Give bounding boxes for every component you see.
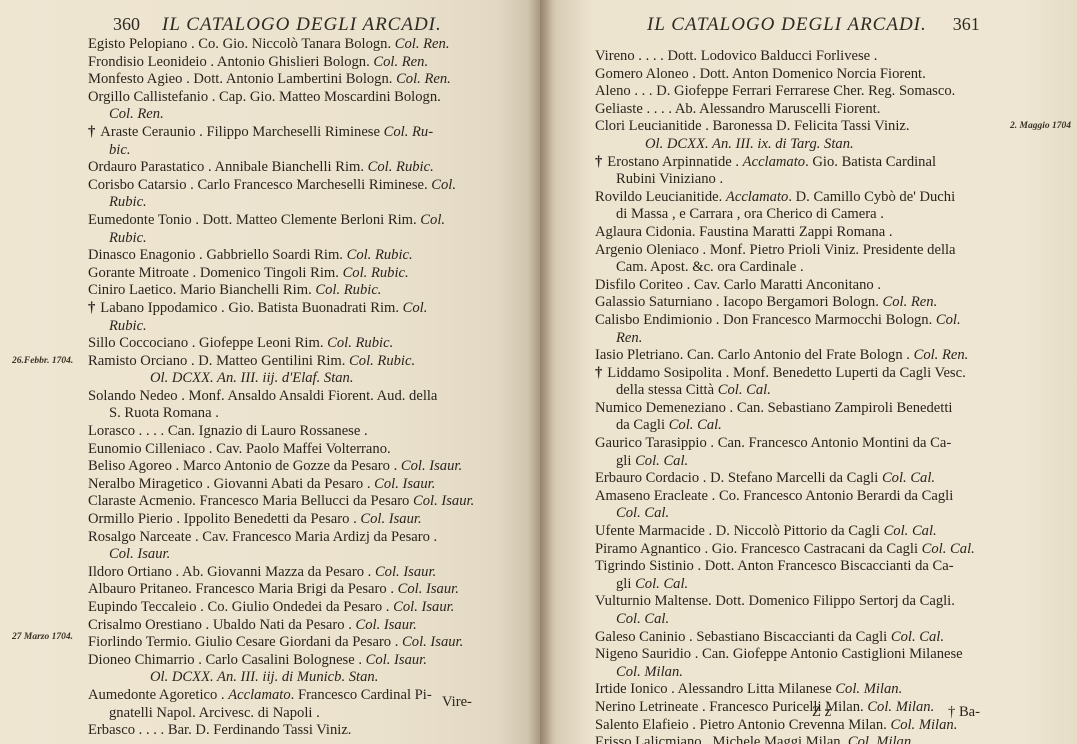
olympiad-heading: Ol. DCXX. An. III. ix. di Targ. Stan.	[595, 136, 1005, 154]
entry-text: della stessa Città	[616, 382, 718, 398]
dagger-icon: †	[595, 154, 602, 170]
entry-text: Ufente Marmacide . D. Niccolò Pittorio d…	[595, 523, 884, 539]
right-entries: Vireno . . . . Dott. Lodovico Balducci F…	[595, 48, 1005, 744]
catalog-entry: Eunomio Cilleniaco . Cav. Paolo Maffei V…	[88, 441, 508, 459]
colony-label: Col. Rubic.	[349, 353, 415, 369]
colony-label: Col. Isaur.	[402, 634, 463, 650]
colony-label: Col.	[936, 312, 961, 328]
left-running-head: 360IL CATALOGO DEGLI ARCADI.	[113, 14, 442, 36]
entry-continuation: da Cagli Col. Cal.	[595, 417, 1005, 435]
catalog-entry: Erbauro Cordacio . D. Stefano Marcelli d…	[595, 470, 1005, 488]
colony-label: Col. Milan.	[616, 664, 683, 680]
colony-label: Col. Cal.	[718, 382, 771, 398]
entry-text: Ramisto Orciano . D. Matteo Gentilini Ri…	[88, 353, 349, 369]
entry-text: Vireno . . . . Dott. Lodovico Balducci F…	[595, 48, 877, 64]
colony-label: Col. Cal.	[922, 541, 975, 557]
colony-label: Col.	[431, 177, 456, 193]
entry-text: Geliaste . . . . Ab. Alessandro Maruscel…	[595, 101, 880, 117]
right-running-title: IL CATALOGO DEGLI ARCADI.	[647, 14, 927, 35]
colony-label: Col. Milan.	[867, 699, 934, 715]
colony-label: Col.	[403, 300, 428, 316]
colony-label: Rubic.	[109, 318, 147, 334]
entry-text: Erbasco . . . . Bar. D. Ferdinando Tassi…	[88, 722, 351, 738]
entry-text: Frondisio Leonideio . Antonio Ghislieri …	[88, 54, 373, 70]
colony-label: Col. Rubic.	[315, 282, 381, 298]
catalog-entry: Albauro Pritaneo. Francesco Maria Brigi …	[88, 581, 508, 599]
entry-text: gli	[616, 576, 635, 592]
catalog-entry: Orgillo Callistefanio . Cap. Gio. Matteo…	[88, 89, 508, 107]
catalog-entry: Gorante Mitroate . Domenico Tingoli Rim.…	[88, 265, 508, 283]
catalog-entry: Numico Demeneziano . Can. Sebastiano Zam…	[595, 400, 1005, 418]
entry-text: Corisbo Catarsio . Carlo Francesco March…	[88, 177, 431, 193]
entry-continuation: Col. Isaur.	[88, 546, 508, 564]
catalog-entry: Sillo Coccociano . Giofeppe Leoni Rim. C…	[88, 335, 508, 353]
catalog-entry: Ufente Marmacide . D. Niccolò Pittorio d…	[595, 523, 1005, 541]
colony-label: Rubic.	[109, 230, 147, 246]
catalog-entry: Tigrindo Sistinio . Dott. Anton Francesc…	[595, 558, 1005, 576]
entry-text: Erbauro Cordacio . D. Stefano Marcelli d…	[595, 470, 882, 486]
catalog-entry: Galassio Saturniano . Iacopo Bergamori B…	[595, 294, 1005, 312]
entry-text: Rovildo Leucianitide.	[595, 189, 726, 205]
left-page-number: 360	[113, 14, 140, 34]
catalog-entry: Iasio Pletriano. Can. Carlo Antonio del …	[595, 347, 1005, 365]
entry-continuation: Ren.	[595, 330, 1005, 348]
catalog-entry: Claraste Acmenio. Francesco Maria Belluc…	[88, 493, 508, 511]
colony-label: Col. Ren.	[883, 294, 938, 310]
entry-continuation: Cam. Apost. &c. ora Cardinale .	[595, 259, 1005, 277]
entry-text: Amaseno Eracleate . Co. Francesco Antoni…	[595, 488, 953, 504]
right-page: IL CATALOGO DEGLI ARCADI.361 Vireno . . …	[540, 0, 1077, 744]
colony-label: Col. Milan.	[835, 681, 902, 697]
acclamato-label: Acclamato	[743, 154, 805, 170]
colony-label: Col. Cal.	[616, 611, 669, 627]
catalog-entry: Ciniro Laetico. Mario Bianchelli Rim. Co…	[88, 282, 508, 300]
entry-text: Numico Demeneziano . Can. Sebastiano Zam…	[595, 400, 952, 416]
entry-text: Sillo Coccociano . Giofeppe Leoni Rim.	[88, 335, 327, 351]
colony-label: Col. Ru-	[384, 124, 433, 140]
catalog-entry: Calisbo Endimionio . Don Francesco Marmo…	[595, 312, 1005, 330]
dagger-icon: †	[88, 300, 95, 316]
colony-label: Col. Isaur.	[398, 581, 459, 597]
entry-text: Liddamo Sosipolita . Monf. Benedetto Lup…	[607, 365, 965, 381]
entry-text: Rubini Viniziano .	[616, 171, 723, 187]
colony-label: Col. Rubic.	[327, 335, 393, 351]
entry-text: di Massa , e Carrara , ora Cherico di Ca…	[616, 206, 884, 222]
dagger-icon: †	[88, 124, 95, 140]
entry-continuation: bic.	[88, 142, 508, 160]
entry-text: Eunomio Cilleniaco . Cav. Paolo Maffei V…	[88, 441, 391, 457]
entry-text: Dinasco Enagonio . Gabbriello Soardi Rim…	[88, 247, 347, 263]
left-page: 360IL CATALOGO DEGLI ARCADI. Egisto Pelo…	[0, 0, 540, 744]
right-catchword: † Ba-	[948, 704, 980, 721]
catalog-entry: Piramo Agnantico . Gio. Francesco Castra…	[595, 541, 1005, 559]
entry-text: Clori Leucianitide . Baronessa D. Felici…	[595, 118, 910, 134]
colony-label: Col. Cal.	[635, 453, 688, 469]
entry-continuation: Col. Ren.	[88, 106, 508, 124]
entry-text: Eumedonte Tonio . Dott. Matteo Clemente …	[88, 212, 420, 228]
entry-text: Ordauro Parastatico . Annibale Bianchell…	[88, 159, 368, 175]
colony-label: Col. Cal.	[891, 629, 944, 645]
entry-text: Aumedonte Agoretico .	[88, 687, 228, 703]
entry-text: Galassio Saturniano . Iacopo Bergamori B…	[595, 294, 883, 310]
olympiad-text: Ol. DCXX. An. III. ix. di Targ. Stan.	[645, 136, 854, 152]
entry-text: Irtide Ionico . Alessandro Litta Milanes…	[595, 681, 835, 697]
colony-label: Col. Isaur.	[375, 564, 436, 580]
colony-label: Col. Isaur.	[360, 511, 421, 527]
colony-label: Col. Cal.	[635, 576, 688, 592]
catalog-entry: Nigeno Sauridio . Can. Giofeppe Antonio …	[595, 646, 1005, 664]
colony-label: Col. Isaur.	[374, 476, 435, 492]
entry-text: Galeso Caninio . Sebastiano Biscaccianti…	[595, 629, 891, 645]
colony-label: Col. Cal.	[882, 470, 935, 486]
entry-text-rest: . Gio. Batista Cardinal	[805, 154, 936, 170]
olympiad-text: Ol. DCXX. An. III. iij. d'Elaf. Stan.	[150, 370, 354, 386]
entry-text: Fiorlindo Termio. Giulio Cesare Giordani…	[88, 634, 402, 650]
colony-label: Col. Rubic.	[368, 159, 434, 175]
catalog-entry: Geliaste . . . . Ab. Alessandro Maruscel…	[595, 101, 1005, 119]
entry-continuation: Rubic.	[88, 318, 508, 336]
entry-text: Lorasco . . . . Can. Ignazio di Lauro Ro…	[88, 423, 368, 439]
entry-text: Gorante Mitroate . Domenico Tingoli Rim.	[88, 265, 343, 281]
catalog-entry: Dioneo Chimarrio . Carlo Casalini Bologn…	[88, 652, 508, 670]
colony-label: Col. Isaur.	[401, 458, 462, 474]
catalog-entry: Irtide Ionico . Alessandro Litta Milanes…	[595, 681, 1005, 699]
catalog-entry: Vulturnio Maltense. Dott. Domenico Filip…	[595, 593, 1005, 611]
entry-continuation: Rubic.	[88, 194, 508, 212]
entry-text: Erisso Lalicmiano . Michele Maggi Milan.	[595, 734, 848, 744]
olympiad-text: Ol. DCXX. An. III. iij. di Municb. Stan.	[150, 669, 378, 685]
catalog-entry: Amaseno Eracleate . Co. Francesco Antoni…	[595, 488, 1005, 506]
colony-label: Col. Cal.	[616, 505, 669, 521]
right-running-head: IL CATALOGO DEGLI ARCADI.361	[647, 14, 980, 36]
entry-text: Araste Ceraunio . Filippo Marcheselli Ri…	[100, 124, 383, 140]
entry-continuation: S. Ruota Romana .	[88, 405, 508, 423]
entry-continuation: Rubic.	[88, 230, 508, 248]
entry-continuation: gli Col. Cal.	[595, 576, 1005, 594]
catalog-entry: †Araste Ceraunio . Filippo Marcheselli R…	[88, 124, 508, 142]
catalog-entry: Eupindo Teccaleio . Co. Giulio Ondedei d…	[88, 599, 508, 617]
catalog-entry: Aglaura Cidonia. Faustina Maratti Zappi …	[595, 224, 1005, 242]
entry-text: da Cagli	[616, 417, 669, 433]
entry-text: Tigrindo Sistinio . Dott. Anton Francesc…	[595, 558, 954, 574]
catalog-entry: Ramisto Orciano . D. Matteo Gentilini Ri…	[88, 353, 508, 371]
catalog-entry: Gaurico Tarasippio . Can. Francesco Anto…	[595, 435, 1005, 453]
acclamato-label: Acclamato	[726, 189, 788, 205]
left-entries: Egisto Pelopiano . Co. Gio. Niccolò Tana…	[88, 36, 508, 740]
entry-text: Ciniro Laetico. Mario Bianchelli Rim.	[88, 282, 315, 298]
entry-text: Albauro Pritaneo. Francesco Maria Brigi …	[88, 581, 398, 597]
catalog-entry: Frondisio Leonideio . Antonio Ghislieri …	[88, 54, 508, 72]
entry-text: Iasio Pletriano. Can. Carlo Antonio del …	[595, 347, 914, 363]
colony-label: Ren.	[616, 330, 642, 346]
catalog-entry: Aleno . . . D. Giofeppe Ferrari Ferrares…	[595, 83, 1005, 101]
entry-text: Labano Ippodamico . Gio. Batista Buonadr…	[100, 300, 402, 316]
margin-date-note: 26.Febbr. 1704.	[12, 356, 73, 366]
entry-text: Dioneo Chimarrio . Carlo Casalini Bologn…	[88, 652, 366, 668]
acclamato-label: Acclamato	[228, 687, 290, 703]
entry-text: Vulturnio Maltense. Dott. Domenico Filip…	[595, 593, 955, 609]
entry-continuation: Col. Milan.	[595, 664, 1005, 682]
catalog-entry: Egisto Pelopiano . Co. Gio. Niccolò Tana…	[88, 36, 508, 54]
entry-text: Neralbo Miragetico . Giovanni Abati da P…	[88, 476, 374, 492]
colony-label: Col. Ren.	[914, 347, 969, 363]
catalog-entry: Clori Leucianitide . Baronessa D. Felici…	[595, 118, 1005, 136]
catalog-entry: Ordauro Parastatico . Annibale Bianchell…	[88, 159, 508, 177]
catalog-entry: †Erostano Arpinnatide . Acclamato. Gio. …	[595, 154, 1005, 172]
catalog-entry: Fiorlindo Termio. Giulio Cesare Giordani…	[88, 634, 508, 652]
entry-text: Claraste Acmenio. Francesco Maria Belluc…	[88, 493, 413, 509]
catalog-entry: Nerino Letrineate . Francesco Puricelli …	[595, 699, 1005, 717]
catalog-entry: Erbasco . . . . Bar. D. Ferdinando Tassi…	[88, 722, 508, 740]
entry-text: gnatelli Napol. Arcivesc. di Napoli .	[109, 705, 320, 721]
colony-label: Col. Isaur.	[393, 599, 454, 615]
catalog-entry: Monfesto Agieo . Dott. Antonio Lambertin…	[88, 71, 508, 89]
catalog-entry: Beliso Agoreo . Marco Antonio de Gozze d…	[88, 458, 508, 476]
entry-text: Beliso Agoreo . Marco Antonio de Gozze d…	[88, 458, 401, 474]
entry-continuation: Col. Cal.	[595, 611, 1005, 629]
colony-label: Col.	[420, 212, 445, 228]
entry-text-rest: . D. Camillo Cybò de' Duchi	[788, 189, 955, 205]
catalog-entry: Lorasco . . . . Can. Ignazio di Lauro Ro…	[88, 423, 508, 441]
right-page-number: 361	[953, 14, 980, 34]
olympiad-heading: Ol. DCXX. An. III. iij. d'Elaf. Stan.	[88, 370, 508, 388]
catalog-entry: †Liddamo Sosipolita . Monf. Benedetto Lu…	[595, 365, 1005, 383]
catalog-entry: Rovildo Leucianitide. Acclamato. D. Cami…	[595, 189, 1005, 207]
catalog-entry: Vireno . . . . Dott. Lodovico Balducci F…	[595, 48, 1005, 66]
olympiad-heading: Ol. DCXX. An. III. iij. di Municb. Stan.	[88, 669, 508, 687]
colony-label: Col. Milan.	[848, 734, 915, 744]
entry-text: Nigeno Sauridio . Can. Giofeppe Antonio …	[595, 646, 963, 662]
margin-date-note: 27 Marzo 1704.	[12, 632, 73, 642]
catalog-entry: Salento Elafieio . Pietro Antonio Creven…	[595, 717, 1005, 735]
catalog-entry: Ormillo Pierio . Ippolito Benedetti da P…	[88, 511, 508, 529]
colony-label: Col. Cal.	[669, 417, 722, 433]
catalog-entry: Erisso Lalicmiano . Michele Maggi Milan.…	[595, 734, 1005, 744]
colony-label: Col. Rubic.	[347, 247, 413, 263]
colony-label: Col. Ren.	[109, 106, 164, 122]
entry-text: Monfesto Agieo . Dott. Antonio Lambertin…	[88, 71, 396, 87]
entry-continuation: della stessa Città Col. Cal.	[595, 382, 1005, 400]
colony-label: bic.	[109, 142, 130, 158]
dagger-icon: †	[595, 365, 602, 381]
colony-label: Col. Isaur.	[366, 652, 427, 668]
catalog-entry: Eumedonte Tonio . Dott. Matteo Clemente …	[88, 212, 508, 230]
entry-text: Salento Elafieio . Pietro Antonio Creven…	[595, 717, 890, 733]
entry-text: Ormillo Pierio . Ippolito Benedetti da P…	[88, 511, 360, 527]
colony-label: Col. Cal.	[884, 523, 937, 539]
colony-label: Col. Isaur.	[356, 617, 417, 633]
entry-text: Crisalmo Orestiano . Ubaldo Nati da Pesa…	[88, 617, 356, 633]
colony-label: Col. Rubic.	[343, 265, 409, 281]
entry-text: Aglaura Cidonia. Faustina Maratti Zappi …	[595, 224, 892, 240]
margin-date-note: 2. Maggio 1704	[1010, 121, 1071, 131]
entry-continuation: gli Col. Cal.	[595, 453, 1005, 471]
left-catchword: Vire-	[442, 694, 472, 711]
entry-text: Calisbo Endimionio . Don Francesco Marmo…	[595, 312, 936, 328]
book-spread: 360IL CATALOGO DEGLI ARCADI. Egisto Pelo…	[0, 0, 1077, 744]
entry-text: Disfilo Coriteo . Cav. Carlo Maratti Anc…	[595, 277, 881, 293]
entry-text: Rosalgo Narceate . Cav. Francesco Maria …	[88, 529, 437, 545]
entry-text: Argenio Oleniaco . Monf. Pietro Prioli V…	[595, 242, 956, 258]
catalog-entry: Galeso Caninio . Sebastiano Biscaccianti…	[595, 629, 1005, 647]
catalog-entry: Neralbo Miragetico . Giovanni Abati da P…	[88, 476, 508, 494]
catalog-entry: †Labano Ippodamico . Gio. Batista Buonad…	[88, 300, 508, 318]
catalog-entry: Gomero Aloneo . Dott. Anton Domenico Nor…	[595, 66, 1005, 84]
entry-continuation: di Massa , e Carrara , ora Cherico di Ca…	[595, 206, 1005, 224]
colony-label: Col. Ren.	[373, 54, 428, 70]
left-running-title: IL CATALOGO DEGLI ARCADI.	[162, 14, 442, 35]
entry-text: Gaurico Tarasippio . Can. Francesco Anto…	[595, 435, 951, 451]
catalog-entry: Ildoro Ortiano . Ab. Giovanni Mazza da P…	[88, 564, 508, 582]
catalog-entry: Corisbo Catarsio . Carlo Francesco March…	[88, 177, 508, 195]
entry-text: Erostano Arpinnatide .	[607, 154, 742, 170]
entry-continuation: Rubini Viniziano .	[595, 171, 1005, 189]
catalog-entry: Disfilo Coriteo . Cav. Carlo Maratti Anc…	[595, 277, 1005, 295]
entry-text-rest: . Francesco Cardinal Pi-	[291, 687, 432, 703]
gutter-shadow	[528, 0, 552, 744]
catalog-entry: Dinasco Enagonio . Gabbriello Soardi Rim…	[88, 247, 508, 265]
entry-text: Egisto Pelopiano . Co. Gio. Niccolò Tana…	[88, 36, 395, 52]
colony-label: Col. Ren.	[396, 71, 451, 87]
colony-label: Col. Ren.	[395, 36, 450, 52]
entry-text: Eupindo Teccaleio . Co. Giulio Ondedei d…	[88, 599, 393, 615]
entry-text: S. Ruota Romana .	[109, 405, 219, 421]
entry-text: Orgillo Callistefanio . Cap. Gio. Matteo…	[88, 89, 441, 105]
entry-text: Solando Nedeo . Monf. Ansaldo Ansaldi Fi…	[88, 388, 437, 404]
colony-label: Rubic.	[109, 194, 147, 210]
catalog-entry: Solando Nedeo . Monf. Ansaldo Ansaldi Fi…	[88, 388, 508, 406]
entry-text: Aleno . . . D. Giofeppe Ferrari Ferrares…	[595, 83, 955, 99]
entry-continuation: Col. Cal.	[595, 505, 1005, 523]
catalog-entry: Crisalmo Orestiano . Ubaldo Nati da Pesa…	[88, 617, 508, 635]
entry-text: Gomero Aloneo . Dott. Anton Domenico Nor…	[595, 66, 926, 82]
colony-label: Col. Isaur.	[109, 546, 170, 562]
colony-label: Col. Isaur.	[413, 493, 474, 509]
entry-text: Piramo Agnantico . Gio. Francesco Castra…	[595, 541, 922, 557]
entry-text: Ildoro Ortiano . Ab. Giovanni Mazza da P…	[88, 564, 375, 580]
entry-text: gli	[616, 453, 635, 469]
signature-mark: Z z	[812, 704, 831, 721]
catalog-entry: Rosalgo Narceate . Cav. Francesco Maria …	[88, 529, 508, 547]
catalog-entry: Argenio Oleniaco . Monf. Pietro Prioli V…	[595, 242, 1005, 260]
entry-text: Cam. Apost. &c. ora Cardinale .	[616, 259, 804, 275]
